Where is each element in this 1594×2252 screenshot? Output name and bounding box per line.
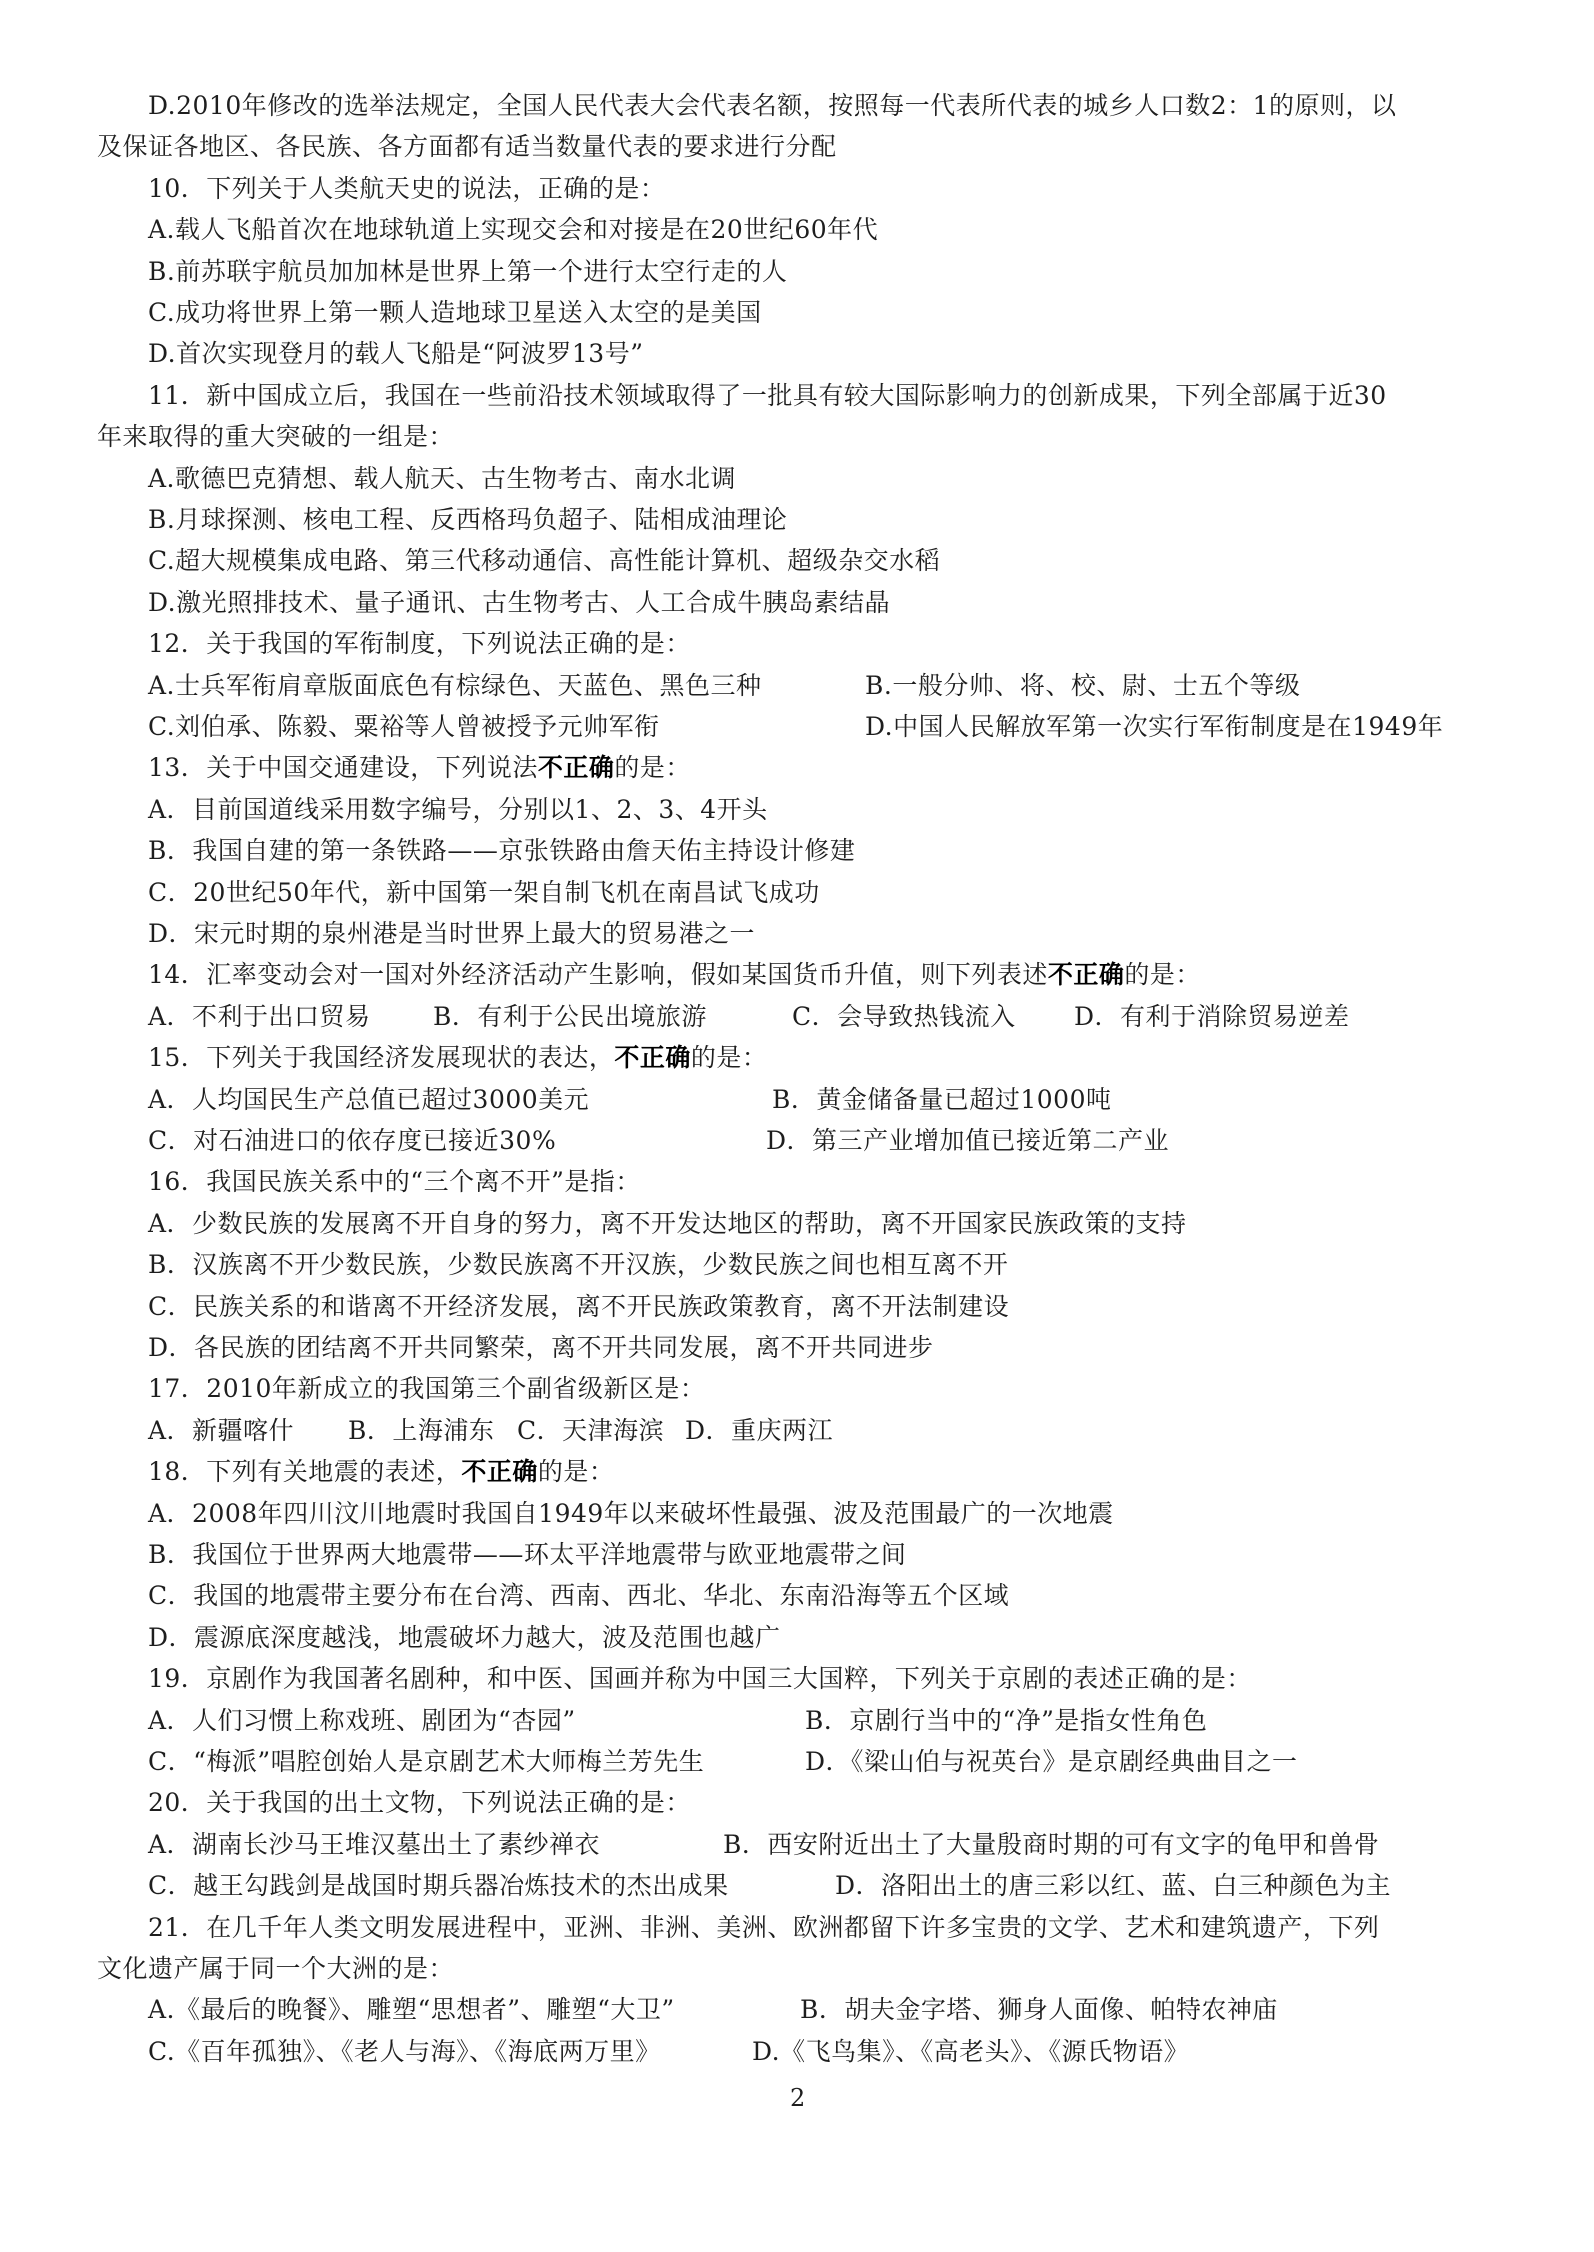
segment-text: D．震源底深度越浅，地震破坏力越大，波及范围也越广 bbox=[148, 1623, 781, 1652]
segment-text: C．“梅派”唱腔创始人是京剧艺术大师梅兰芳先生 bbox=[148, 1747, 704, 1776]
answer-option: A．2008年四川汶川地震时我国自1949年以来破坏性最强、波及范围最广的一次地… bbox=[148, 1493, 1114, 1534]
segment-text: B．黄金储备量已超过1000吨 bbox=[772, 1085, 1112, 1114]
segment-text: B.一般分帅、将、校、尉、士五个等级 bbox=[865, 671, 1300, 700]
segment-text: D．《梁山伯与祝英台》是京剧经典曲目之一 bbox=[805, 1747, 1298, 1776]
text-segment: 及保证各地区、各民族、各方面都有适当数量代表的要求进行分配 bbox=[97, 126, 837, 167]
segment-text: B．我国位于世界两大地震带——环太平洋地震带与欧亚地震带之间 bbox=[148, 1540, 906, 1569]
segment-text: C.《百年孤独》、《老人与海》、《海底两万里》 bbox=[148, 2037, 661, 2066]
text-segment: 20．关于我国的出土文物，下列说法正确的是： bbox=[148, 1782, 691, 1823]
segment-text: C．越王勾践剑是战国时期兵器冶炼技术的杰出成果 bbox=[148, 1871, 729, 1900]
segment-text: B．我国自建的第一条铁路——京张铁路由詹天佑主持设计修建 bbox=[148, 836, 855, 865]
answer-option: B．上海浦东 bbox=[348, 1410, 494, 1451]
segment-text: B．京剧行当中的“净”是指女性角色 bbox=[805, 1706, 1207, 1735]
answer-option-row: D.2010年修改的选举法规定，全国人民代表大会代表名额，按照每一代表所代表的城… bbox=[0, 85, 1594, 126]
segment-text: A．湖南长沙马王堆汉墓出土了素纱禅衣 bbox=[148, 1830, 600, 1859]
segment-text: D.中国人民解放军第一次实行军衔制度是在1949年 bbox=[865, 712, 1443, 741]
answer-option: D．宋元时期的泉州港是当时世界上最大的贸易港之一 bbox=[148, 913, 755, 954]
answer-option-row: B．我国位于世界两大地震带——环太平洋地震带与欧亚地震带之间 bbox=[0, 1534, 1594, 1575]
segment-text: D．洛阳出土的唐三彩以红、蓝、白三种颜色为主 bbox=[835, 1871, 1391, 1900]
text-segment: 15．下列关于我国经济发展现状的表达，不正确的是： bbox=[148, 1037, 767, 1078]
segment-text: C．民族关系的和谐离不开经济发展，离不开民族政策教育，离不开法制建设 bbox=[148, 1292, 1009, 1321]
answer-option-row: C．“梅派”唱腔创始人是京剧艺术大师梅兰芳先生D．《梁山伯与祝英台》是京剧经典曲… bbox=[0, 1741, 1594, 1782]
segment-text: D．各民族的团结离不开共同繁荣，离不开共同发展，离不开共同进步 bbox=[148, 1333, 934, 1362]
answer-option: A.《最后的晚餐》、雕塑“思想者”、雕塑“大卫” bbox=[148, 1989, 675, 2030]
segment-text: C.超大规模集成电路、第三代移动通信、高性能计算机、超级杂交水稻 bbox=[148, 546, 940, 575]
answer-option-row: D．各民族的团结离不开共同繁荣，离不开共同发展，离不开共同进步 bbox=[0, 1327, 1594, 1368]
text-segment: 14．汇率变动会对一国对外经济活动产生影响，假如某国货币升值，则下列表述不正确的… bbox=[148, 954, 1201, 995]
answer-option-row: A．2008年四川汶川地震时我国自1949年以来破坏性最强、波及范围最广的一次地… bbox=[0, 1493, 1594, 1534]
answer-option-row: D．震源底深度越浅，地震破坏力越大，波及范围也越广 bbox=[0, 1617, 1594, 1658]
segment-text: 11．新中国成立后，我国在一些前沿技术领域取得了一批具有较大国际影响力的创新成果… bbox=[148, 381, 1387, 410]
answer-option-row: A.载人飞船首次在地球轨道上实现交会和对接是在20世纪60年代 bbox=[0, 209, 1594, 250]
segment-text: 15．下列关于我国经济发展现状的表达， bbox=[148, 1043, 614, 1072]
answer-option: C.刘伯承、陈毅、粟裕等人曾被授予元帅军衔 bbox=[148, 706, 660, 747]
answer-option-row: A.《最后的晚餐》、雕塑“思想者”、雕塑“大卫”B．胡夫金字塔、狮身人面像、帕特… bbox=[0, 1989, 1594, 2030]
segment-text: A．人们习惯上称戏班、剧团为“杏园” bbox=[148, 1706, 576, 1735]
segment-text: C.刘伯承、陈毅、粟裕等人曾被授予元帅军衔 bbox=[148, 712, 660, 741]
answer-option: C.超大规模集成电路、第三代移动通信、高性能计算机、超级杂交水稻 bbox=[148, 540, 940, 581]
answer-option: C．“梅派”唱腔创始人是京剧艺术大师梅兰芳先生 bbox=[148, 1741, 704, 1782]
segment-text: D．重庆两江 bbox=[685, 1416, 833, 1445]
segment-text: A.载人飞船首次在地球轨道上实现交会和对接是在20世纪60年代 bbox=[148, 215, 878, 244]
answer-option-row: A．不利于出口贸易B．有利于公民出境旅游C．会导致热钱流入D．有利于消除贸易逆差 bbox=[0, 996, 1594, 1037]
emphasis-bold: 不正确 bbox=[614, 1043, 691, 1072]
segment-text: 10．下列关于人类航天史的说法，正确的是： bbox=[148, 174, 665, 203]
answer-option: B．有利于公民出境旅游 bbox=[433, 996, 707, 1037]
segment-text: D．第三产业增加值已接近第二产业 bbox=[766, 1126, 1169, 1155]
text-segment: 10．下列关于人类航天史的说法，正确的是： bbox=[148, 168, 665, 209]
segment-text: B．胡夫金字塔、狮身人面像、帕特农神庙 bbox=[800, 1995, 1278, 2024]
segment-text: C．对石油进口的依存度已接近30% bbox=[148, 1126, 556, 1155]
answer-option-row: C．我国的地震带主要分布在台湾、西南、西北、华北、东南沿海等五个区域 bbox=[0, 1575, 1594, 1616]
answer-option: A．新疆喀什 bbox=[148, 1410, 294, 1451]
answer-option: D．有利于消除贸易逆差 bbox=[1074, 996, 1350, 1037]
segment-text: A．少数民族的发展离不开自身的努力，离不开发达地区的帮助，离不开国家民族政策的支… bbox=[148, 1209, 1187, 1238]
segment-text: A．不利于出口贸易 bbox=[148, 1002, 371, 1031]
segment-text: 18．下列有关地震的表述， bbox=[148, 1457, 461, 1486]
segment-text: A.《最后的晚餐》、雕塑“思想者”、雕塑“大卫” bbox=[148, 1995, 675, 2024]
answer-option-row: A．新疆喀什B．上海浦东C．天津海滨D．重庆两江 bbox=[0, 1410, 1594, 1451]
answer-option: B．京剧行当中的“净”是指女性角色 bbox=[805, 1700, 1207, 1741]
segment-text: C.成功将世界上第一颗人造地球卫星送入太空的是美国 bbox=[148, 298, 762, 327]
question-stem: 17．2010年新成立的我国第三个副省级新区是： bbox=[0, 1368, 1594, 1409]
answer-option: D.《飞鸟集》、《高老头》、《源氏物语》 bbox=[752, 2031, 1189, 2072]
question-stem: 21．在几千年人类文明发展进程中，亚洲、非洲、美洲、欧洲都留下许多宝贵的文学、艺… bbox=[0, 1907, 1594, 1948]
segment-text: A．目前国道线采用数字编号，分别以1、2、3、4开头 bbox=[148, 795, 768, 824]
text-segment: 年来取得的重大突破的一组是： bbox=[97, 416, 454, 457]
emphasis-bold: 不正确 bbox=[538, 753, 615, 782]
question-stem: 14．汇率变动会对一国对外经济活动产生影响，假如某国货币升值，则下列表述不正确的… bbox=[0, 954, 1594, 995]
answer-option: D.中国人民解放军第一次实行军衔制度是在1949年 bbox=[865, 706, 1443, 747]
answer-option: A.士兵军衔肩章版面底色有棕绿色、天蓝色、黑色三种 bbox=[148, 665, 762, 706]
text-segment: 13．关于中国交通建设，下列说法不正确的是： bbox=[148, 747, 691, 788]
segment-text: A.歌德巴克猜想、载人航天、古生物考古、南水北调 bbox=[148, 464, 736, 493]
segment-text: A．人均国民生产总值已超过3000美元 bbox=[148, 1085, 589, 1114]
answer-option: D．第三产业增加值已接近第二产业 bbox=[766, 1120, 1169, 1161]
text-segment: 21．在几千年人类文明发展进程中，亚洲、非洲、美洲、欧洲都留下许多宝贵的文学、艺… bbox=[148, 1907, 1379, 1948]
segment-text: C．会导致热钱流入 bbox=[792, 1002, 1016, 1031]
answer-option: C．民族关系的和谐离不开经济发展，离不开民族政策教育，离不开法制建设 bbox=[148, 1286, 1009, 1327]
segment-text: D.首次实现登月的载人飞船是“阿波罗13号” bbox=[148, 339, 643, 368]
answer-option-row: A.士兵军衔肩章版面底色有棕绿色、天蓝色、黑色三种B.一般分帅、将、校、尉、士五… bbox=[0, 665, 1594, 706]
question-stem: 11．新中国成立后，我国在一些前沿技术领域取得了一批具有较大国际影响力的创新成果… bbox=[0, 375, 1594, 416]
answer-option: D．各民族的团结离不开共同繁荣，离不开共同发展，离不开共同进步 bbox=[148, 1327, 934, 1368]
answer-option: C．会导致热钱流入 bbox=[792, 996, 1016, 1037]
segment-text: D.2010年修改的选举法规定，全国人民代表大会代表名额，按照每一代表所代表的城… bbox=[148, 91, 1397, 120]
text-continuation: 及保证各地区、各民族、各方面都有适当数量代表的要求进行分配 bbox=[0, 126, 1594, 167]
answer-option-row: B.月球探测、核电工程、反西格玛负超子、陆相成油理论 bbox=[0, 499, 1594, 540]
answer-option-row: A．人们习惯上称戏班、剧团为“杏园”B．京剧行当中的“净”是指女性角色 bbox=[0, 1700, 1594, 1741]
text-continuation: 文化遗产属于同一个大洲的是： bbox=[0, 1948, 1594, 1989]
segment-text: A.士兵军衔肩章版面底色有棕绿色、天蓝色、黑色三种 bbox=[148, 671, 762, 700]
answer-option-row: C．民族关系的和谐离不开经济发展，离不开民族政策教育，离不开法制建设 bbox=[0, 1286, 1594, 1327]
answer-option-row: A.歌德巴克猜想、载人航天、古生物考古、南水北调 bbox=[0, 458, 1594, 499]
question-stem: 13．关于中国交通建设，下列说法不正确的是： bbox=[0, 747, 1594, 788]
answer-option-row: A．人均国民生产总值已超过3000美元B．黄金储备量已超过1000吨 bbox=[0, 1079, 1594, 1120]
answer-option-row: A．少数民族的发展离不开自身的努力，离不开发达地区的帮助，离不开国家民族政策的支… bbox=[0, 1203, 1594, 1244]
emphasis-bold: 不正确 bbox=[461, 1457, 538, 1486]
segment-text: B.月球探测、核电工程、反西格玛负超子、陆相成油理论 bbox=[148, 505, 787, 534]
answer-option-row: D.激光照排技术、量子通讯、古生物考古、人工合成牛胰岛素结晶 bbox=[0, 582, 1594, 623]
text-segment: 17．2010年新成立的我国第三个副省级新区是： bbox=[148, 1368, 705, 1409]
answer-option-row: C.刘伯承、陈毅、粟裕等人曾被授予元帅军衔D.中国人民解放军第一次实行军衔制度是… bbox=[0, 706, 1594, 747]
answer-option-row: B.前苏联宇航员加加林是世界上第一个进行太空行走的人 bbox=[0, 251, 1594, 292]
segment-text: 19．京剧作为我国著名剧种，和中医、国画并称为中国三大国粹，下列关于京剧的表述正… bbox=[148, 1664, 1252, 1693]
answer-option: A.歌德巴克猜想、载人航天、古生物考古、南水北调 bbox=[148, 458, 736, 499]
segment-text: D．宋元时期的泉州港是当时世界上最大的贸易港之一 bbox=[148, 919, 755, 948]
text-segment: 18．下列有关地震的表述，不正确的是： bbox=[148, 1451, 614, 1492]
answer-option: B．黄金储备量已超过1000吨 bbox=[772, 1079, 1112, 1120]
segment-text: 17．2010年新成立的我国第三个副省级新区是： bbox=[148, 1374, 705, 1403]
answer-option-row: C.《百年孤独》、《老人与海》、《海底两万里》D.《飞鸟集》、《高老头》、《源氏… bbox=[0, 2031, 1594, 2072]
segment-text: 20．关于我国的出土文物，下列说法正确的是： bbox=[148, 1788, 691, 1817]
question-stem: 20．关于我国的出土文物，下列说法正确的是： bbox=[0, 1782, 1594, 1823]
answer-option-row: D．宋元时期的泉州港是当时世界上最大的贸易港之一 bbox=[0, 913, 1594, 954]
question-stem: 10．下列关于人类航天史的说法，正确的是： bbox=[0, 168, 1594, 209]
question-stem: 16．我国民族关系中的“三个离不开”是指： bbox=[0, 1161, 1594, 1202]
emphasis-bold: 不正确 bbox=[1048, 960, 1125, 989]
text-segment: 文化遗产属于同一个大洲的是： bbox=[97, 1948, 454, 1989]
answer-option: A．不利于出口贸易 bbox=[148, 996, 371, 1037]
question-stem: 18．下列有关地震的表述，不正确的是： bbox=[0, 1451, 1594, 1492]
question-stem: 19．京剧作为我国著名剧种，和中医、国画并称为中国三大国粹，下列关于京剧的表述正… bbox=[0, 1658, 1594, 1699]
answer-option: B．汉族离不开少数民族，少数民族离不开汉族，少数民族之间也相互离不开 bbox=[148, 1244, 1008, 1285]
answer-option: C．20世纪50年代，新中国第一架自制飞机在南昌试飞成功 bbox=[148, 872, 820, 913]
segment-text: 12．关于我国的军衔制度，下列说法正确的是： bbox=[148, 629, 691, 658]
text-segment: 16．我国民族关系中的“三个离不开”是指： bbox=[148, 1161, 641, 1202]
segment-text: D.《飞鸟集》、《高老头》、《源氏物语》 bbox=[752, 2037, 1189, 2066]
answer-option: D.首次实现登月的载人飞船是“阿波罗13号” bbox=[148, 333, 643, 374]
answer-option: B.前苏联宇航员加加林是世界上第一个进行太空行走的人 bbox=[148, 251, 787, 292]
segment-text: A．新疆喀什 bbox=[148, 1416, 294, 1445]
segment-text: C．我国的地震带主要分布在台湾、西南、西北、华北、东南沿海等五个区域 bbox=[148, 1581, 1009, 1610]
answer-option: D.激光照排技术、量子通讯、古生物考古、人工合成牛胰岛素结晶 bbox=[148, 582, 890, 623]
exam-page: D.2010年修改的选举法规定，全国人民代表大会代表名额，按照每一代表所代表的城… bbox=[0, 0, 1594, 2252]
answer-option: C．越王勾践剑是战国时期兵器冶炼技术的杰出成果 bbox=[148, 1865, 729, 1906]
answer-option: D．震源底深度越浅，地震破坏力越大，波及范围也越广 bbox=[148, 1617, 781, 1658]
answer-option: A．目前国道线采用数字编号，分别以1、2、3、4开头 bbox=[148, 789, 768, 830]
answer-option: C．对石油进口的依存度已接近30% bbox=[148, 1120, 556, 1161]
answer-option-row: A．目前国道线采用数字编号，分别以1、2、3、4开头 bbox=[0, 789, 1594, 830]
answer-option: C.《百年孤独》、《老人与海》、《海底两万里》 bbox=[148, 2031, 661, 2072]
answer-option: D.2010年修改的选举法规定，全国人民代表大会代表名额，按照每一代表所代表的城… bbox=[148, 85, 1397, 126]
answer-option: B．我国自建的第一条铁路——京张铁路由詹天佑主持设计修建 bbox=[148, 830, 855, 871]
segment-text: C．天津海滨 bbox=[517, 1416, 664, 1445]
answer-option: D．《梁山伯与祝英台》是京剧经典曲目之一 bbox=[805, 1741, 1298, 1782]
answer-option: A．少数民族的发展离不开自身的努力，离不开发达地区的帮助，离不开国家民族政策的支… bbox=[148, 1203, 1187, 1244]
text-segment: 12．关于我国的军衔制度，下列说法正确的是： bbox=[148, 623, 691, 664]
segment-text: 16．我国民族关系中的“三个离不开”是指： bbox=[148, 1167, 641, 1196]
question-stem: 15．下列关于我国经济发展现状的表达，不正确的是： bbox=[0, 1037, 1594, 1078]
answer-option: B.一般分帅、将、校、尉、士五个等级 bbox=[865, 665, 1300, 706]
answer-option-row: C．对石油进口的依存度已接近30%D．第三产业增加值已接近第二产业 bbox=[0, 1120, 1594, 1161]
segment-text: 年来取得的重大突破的一组是： bbox=[97, 422, 454, 451]
text-continuation: 年来取得的重大突破的一组是： bbox=[0, 416, 1594, 457]
segment-text: A．2008年四川汶川地震时我国自1949年以来破坏性最强、波及范围最广的一次地… bbox=[148, 1499, 1114, 1528]
segment-text: D．有利于消除贸易逆差 bbox=[1074, 1002, 1350, 1031]
answer-option-row: D.首次实现登月的载人飞船是“阿波罗13号” bbox=[0, 333, 1594, 374]
segment-text: D.激光照排技术、量子通讯、古生物考古、人工合成牛胰岛素结晶 bbox=[148, 588, 890, 617]
answer-option-row: B．汉族离不开少数民族，少数民族离不开汉族，少数民族之间也相互离不开 bbox=[0, 1244, 1594, 1285]
answer-option: A．人们习惯上称戏班、剧团为“杏园” bbox=[148, 1700, 576, 1741]
answer-option: A．湖南长沙马王堆汉墓出土了素纱禅衣 bbox=[148, 1824, 600, 1865]
segment-text: 14．汇率变动会对一国对外经济活动产生影响，假如某国货币升值，则下列表述 bbox=[148, 960, 1048, 989]
answer-option: A.载人飞船首次在地球轨道上实现交会和对接是在20世纪60年代 bbox=[148, 209, 878, 250]
answer-option-row: A．湖南长沙马王堆汉墓出土了素纱禅衣B．西安附近出土了大量殷商时期的可有文字的龟… bbox=[0, 1824, 1594, 1865]
text-segment: 19．京剧作为我国著名剧种，和中医、国画并称为中国三大国粹，下列关于京剧的表述正… bbox=[148, 1658, 1252, 1699]
segment-text: B.前苏联宇航员加加林是世界上第一个进行太空行走的人 bbox=[148, 257, 787, 286]
answer-option: B．我国位于世界两大地震带——环太平洋地震带与欧亚地震带之间 bbox=[148, 1534, 906, 1575]
answer-option: B．西安附近出土了大量殷商时期的可有文字的龟甲和兽骨 bbox=[723, 1824, 1379, 1865]
segment-text: B．汉族离不开少数民族，少数民族离不开汉族，少数民族之间也相互离不开 bbox=[148, 1250, 1008, 1279]
segment-text: B．上海浦东 bbox=[348, 1416, 494, 1445]
question-stem: 12．关于我国的军衔制度，下列说法正确的是： bbox=[0, 623, 1594, 664]
answer-option: D．洛阳出土的唐三彩以红、蓝、白三种颜色为主 bbox=[835, 1865, 1391, 1906]
segment-text: B．西安附近出土了大量殷商时期的可有文字的龟甲和兽骨 bbox=[723, 1830, 1379, 1859]
text-segment: 11．新中国成立后，我国在一些前沿技术领域取得了一批具有较大国际影响力的创新成果… bbox=[148, 375, 1387, 416]
answer-option: B．胡夫金字塔、狮身人面像、帕特农神庙 bbox=[800, 1989, 1278, 2030]
page-number: 2 bbox=[790, 2082, 805, 2114]
answer-option-row: C．越王勾践剑是战国时期兵器冶炼技术的杰出成果D．洛阳出土的唐三彩以红、蓝、白三… bbox=[0, 1865, 1594, 1906]
answer-option-row: C．20世纪50年代，新中国第一架自制飞机在南昌试飞成功 bbox=[0, 872, 1594, 913]
answer-option: B.月球探测、核电工程、反西格玛负超子、陆相成油理论 bbox=[148, 499, 787, 540]
answer-option-row: C.超大规模集成电路、第三代移动通信、高性能计算机、超级杂交水稻 bbox=[0, 540, 1594, 581]
answer-option-row: B．我国自建的第一条铁路——京张铁路由詹天佑主持设计修建 bbox=[0, 830, 1594, 871]
answer-option: D．重庆两江 bbox=[685, 1410, 833, 1451]
segment-text: 及保证各地区、各民族、各方面都有适当数量代表的要求进行分配 bbox=[97, 132, 837, 161]
answer-option: A．人均国民生产总值已超过3000美元 bbox=[148, 1079, 589, 1120]
segment-text-tail: 的是： bbox=[1124, 960, 1201, 989]
segment-text-tail: 的是： bbox=[691, 1043, 768, 1072]
answer-option: C．我国的地震带主要分布在台湾、西南、西北、华北、东南沿海等五个区域 bbox=[148, 1575, 1009, 1616]
segment-text: 文化遗产属于同一个大洲的是： bbox=[97, 1954, 454, 1983]
answer-option: C.成功将世界上第一颗人造地球卫星送入太空的是美国 bbox=[148, 292, 762, 333]
answer-option-row: C.成功将世界上第一颗人造地球卫星送入太空的是美国 bbox=[0, 292, 1594, 333]
answer-option: C．天津海滨 bbox=[517, 1410, 664, 1451]
segment-text: 21．在几千年人类文明发展进程中，亚洲、非洲、美洲、欧洲都留下许多宝贵的文学、艺… bbox=[148, 1913, 1379, 1942]
segment-text-tail: 的是： bbox=[614, 753, 691, 782]
segment-text-tail: 的是： bbox=[538, 1457, 615, 1486]
segment-text: C．20世纪50年代，新中国第一架自制飞机在南昌试飞成功 bbox=[148, 878, 820, 907]
segment-text: 13．关于中国交通建设，下列说法 bbox=[148, 753, 538, 782]
segment-text: B．有利于公民出境旅游 bbox=[433, 1002, 707, 1031]
